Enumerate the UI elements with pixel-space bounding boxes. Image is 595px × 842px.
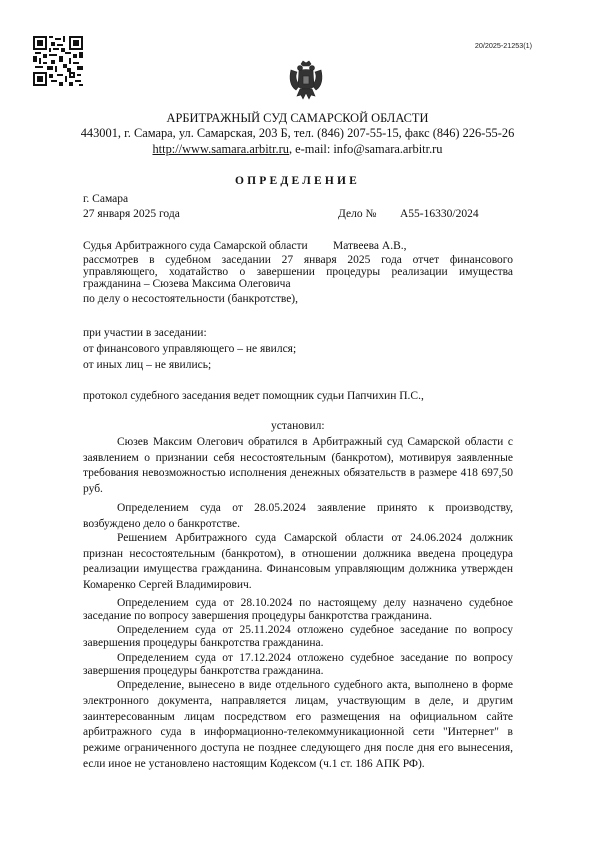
- judge-label: Судья Арбитражного суда Самарской област…: [83, 240, 308, 253]
- body-paragraph: Определением суда от 17.12.2024 отложено…: [83, 652, 513, 677]
- participation-financial-manager: от финансового управляющего – не явился;: [83, 343, 296, 356]
- participation-other: от иных лиц – не явились;: [83, 359, 211, 372]
- body-paragraph: Определением суда от 28.05.2024 заявлени…: [83, 500, 513, 532]
- body-paragraph: Определением суда от 25.11.2024 отложено…: [83, 624, 513, 649]
- court-contacts: http://www.samara.arbitr.ru, e-mail: inf…: [0, 142, 595, 156]
- participation-label: при участии в заседании:: [83, 327, 207, 340]
- court-address: 443001, г. Самара, ул. Самарская, 203 Б,…: [0, 126, 595, 140]
- protocol-line: протокол судебного заседания ведет помощ…: [83, 390, 424, 403]
- case-subject: по делу о несостоятельности (банкротстве…: [83, 293, 298, 306]
- body-paragraph: Определение, вынесено в виде отдельного …: [83, 678, 513, 773]
- case-label: Дело №: [338, 208, 376, 221]
- court-name: АРБИТРАЖНЫЙ СУД САМАРСКОЙ ОБЛАСТИ: [0, 111, 595, 125]
- judge-name: Матвеева А.В.,: [333, 240, 407, 253]
- document-date: 27 января 2025 года: [83, 208, 180, 221]
- document-title: ОПРЕДЕЛЕНИЕ: [0, 175, 595, 187]
- established-label: установил:: [271, 420, 325, 433]
- case-number: А55-16330/2024: [400, 208, 479, 221]
- city: г. Самара: [83, 193, 128, 206]
- court-website-link[interactable]: http://www.samara.arbitr.ru: [152, 142, 289, 156]
- court-email: , e-mail: info@samara.arbitr.ru: [289, 142, 443, 156]
- coat-of-arms-emblem-icon: [287, 58, 325, 102]
- considered-paragraph: рассмотрев в судебном заседании 27 январ…: [83, 254, 513, 290]
- qr-code: [33, 36, 83, 86]
- body-paragraph: Сюзев Максим Олегович обратился в Арбитр…: [83, 435, 513, 497]
- body-paragraph: Определением суда от 28.10.2024 по насто…: [83, 597, 513, 622]
- body-paragraph: Решением Арбитражного суда Самарской обл…: [83, 531, 513, 593]
- document-id: 20/2025-21253(1): [475, 41, 532, 50]
